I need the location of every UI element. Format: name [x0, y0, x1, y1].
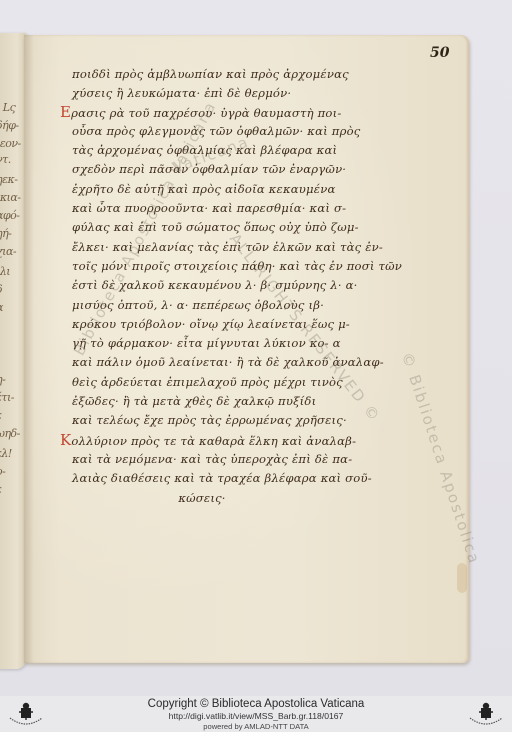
text-line: ἔλκει· καὶ μελανίας τὰς ἐπὶ τῶν ἑλκῶν κα…	[72, 238, 362, 257]
folio-number: 50	[430, 45, 449, 61]
facing-text: δήφ-	[0, 119, 19, 129]
text-line: σχεδὸν περὶ πᾶσαν ὀφθαλμίαν τῶν ἐναργῶν·	[72, 160, 362, 179]
facing-text: ιεον-	[0, 137, 21, 147]
text-line: φύλας καὶ ἐπὶ τοῦ σώματος ὅπως οὐχ ὑπὸ ζ…	[72, 218, 362, 237]
facing-text: ε	[0, 409, 1, 419]
facing-text: χια-	[0, 245, 16, 255]
facing-text: ε	[0, 483, 1, 493]
manuscript-text: ποιδδὶ πρὸς ἀμβλυωπίαν καὶ πρὸς ἀρχομένα…	[72, 64, 362, 508]
powered-by-text: powered by AMLAD-NTT DATA	[0, 722, 512, 731]
copyright-text: Copyright © Biblioteca Apostolica Vatica…	[0, 696, 512, 711]
manuscript-scan: ι Lς δήφ- ιεον- ντ. ηεκ- ικια- αφό- ηή- …	[0, 0, 512, 696]
text-line: κρόκου τριόβολον· οἴνῳ χίῳ λεαίνεται ἕως…	[72, 315, 362, 334]
text-line: καὶ τὰ νεμόμενα· καὶ τὰς ὑπεροχὰς ἐπὶ δὲ…	[72, 450, 362, 469]
text-line: ποιδδὶ πρὸς ἀμβλυωπίαν καὶ πρὸς ἀρχομένα…	[72, 64, 362, 83]
facing-text: ιλι	[0, 265, 10, 275]
stain	[457, 563, 467, 593]
text-line: καὶ ὦτα πυορροοῦντα· καὶ παρεσθμία· καὶ …	[72, 199, 362, 218]
text-line: χύσεις ἢ λευκώματα· ἐπὶ δὲ θερμόν·	[72, 83, 362, 102]
rubric-initial: Κ	[60, 431, 71, 449]
facing-page-edge: ι Lς δήφ- ιεον- ντ. ηεκ- ικια- αφό- ηή- …	[0, 33, 26, 669]
text-line: γῇ τὸ φάρμακον· εἶτα μίγνυται λύκιον κο-…	[72, 334, 362, 353]
facing-text: ηή-	[0, 227, 11, 237]
facing-text: α	[0, 301, 3, 311]
facing-text: δ	[0, 283, 2, 293]
facing-text: η-	[0, 373, 5, 383]
text-line: οὖσα πρὸς φλεγμονὰς τῶν ὀφθαλμῶν· καὶ πρ…	[72, 122, 362, 141]
text-line: ἐστὶ δὲ χαλκοῦ κεκαυμένου λ· β· σμύρνης …	[72, 276, 362, 295]
facing-text: ελ!	[0, 447, 12, 457]
text-line-final: κώσεις·	[72, 489, 362, 508]
gutter-shadow	[24, 35, 34, 663]
vatican-library-seal-icon	[466, 700, 506, 728]
permalink-url[interactable]: http://digi.vatlib.it/view/MSS_Barb.gr.1…	[0, 711, 512, 722]
text-line: καὶ τελέως ἔχε πρὸς τὰς ἐρρωμένας χρῆσει…	[72, 411, 362, 430]
facing-text: ο-	[0, 465, 5, 475]
facing-text: ωηδ-	[0, 427, 20, 437]
text-line: τοῖς μόνι πιροῖς στοιχείοις πάθη· καὶ τὰ…	[72, 257, 362, 276]
facing-text: ι Lς	[0, 101, 15, 111]
facing-text: ντ.	[0, 153, 11, 163]
facing-text: αφό-	[0, 209, 19, 219]
facing-text: ικια-	[0, 191, 20, 201]
text-line: Κολλύριον πρὸς τε τὰ καθαρὰ ἕλκη καὶ ἀνα…	[60, 431, 362, 450]
copyright-footer: Copyright © Biblioteca Apostolica Vatica…	[0, 696, 512, 732]
text-line: τὰς ἀρχομένας ὀφθαλμίας καὶ βλέφαρα καὶ	[72, 141, 362, 160]
text-line: λαιὰς διαθέσεις καὶ τὰ τραχέα βλέφαρα κα…	[72, 469, 362, 488]
text-line: μισύος ὀπτοῦ, λ· α· πεπέρεως ὀβολοὺς ιβ·	[72, 296, 362, 315]
text-line: θεὶς ἀρδεύεται ἐπιμελαχοῦ πρὸς μέχρι τιν…	[72, 373, 362, 392]
text-line: ἐχρῆτο δὲ αὐτῇ καὶ πρὸς αἰδοῖα κεκαυμένα	[72, 180, 362, 199]
text-line: Ερασις ρὰ τοῦ παχρέσου· ὑγρὰ θαυμαστὴ πο…	[60, 103, 362, 122]
manuscript-folio: 50 ποιδδὶ πρὸς ἀμβλυωπίαν καὶ πρὸς ἀρχομ…	[24, 35, 469, 663]
rubric-initial: Ε	[60, 103, 71, 121]
facing-text: ηεκ-	[0, 173, 17, 183]
facing-text: έτι-	[0, 391, 14, 401]
text-line: ἐξῶδες· ἢ τὰ μετὰ χθὲς δὲ χαλκῷ πυξίδι	[72, 392, 362, 411]
text-line: καὶ πάλιν ὁμοῦ λεαίνεται· ἢ τὰ δὲ χαλκοῦ…	[72, 353, 362, 372]
vatican-library-seal-icon	[6, 700, 46, 728]
